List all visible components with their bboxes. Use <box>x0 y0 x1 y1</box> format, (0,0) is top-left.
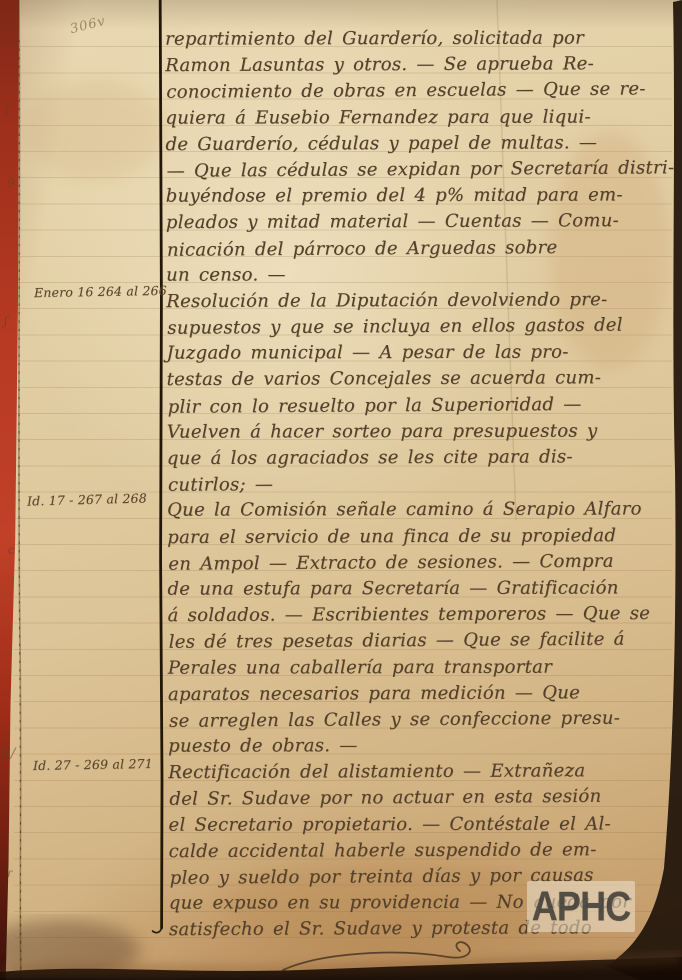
manuscript-line: en Ampol — Extracto de sesiones. — Compr… <box>168 548 680 578</box>
manuscript-line: Que la Comisión señale camino á Serapio … <box>167 497 679 525</box>
manuscript-line: Perales una caballería para transportar <box>168 654 680 682</box>
manuscript-line: del Sr. Sudave por no actuar en esta ses… <box>169 784 681 814</box>
edge-mark: ɾ <box>7 866 12 880</box>
manuscript-line: conocimiento de obras en escuelas — Que … <box>166 77 678 107</box>
manuscript-line: supuestos y que se incluya en ellos gast… <box>167 312 679 342</box>
manuscript-line: cutirlos; — <box>168 469 680 499</box>
edge-mark: ʃ <box>4 314 7 328</box>
manuscript-line: calde accidental haberle suspendido de e… <box>169 837 681 865</box>
manuscript-line: á soldados. — Escribientes temporeros — … <box>168 601 680 629</box>
edge-mark: 9 <box>7 176 15 190</box>
manuscript-line: Juzgado municipal — A pesar de las pro- <box>166 340 678 368</box>
manuscript-text-block: repartimiento del Guarderío, solicitada … <box>165 25 681 944</box>
manuscript-line: Ramon Lasuntas y otros. — Se aprueba Re- <box>165 51 677 79</box>
edge-mark: S/ <box>1 746 15 762</box>
manuscript-line: — Que las cédulas se expidan por Secreta… <box>167 155 679 185</box>
manuscript-line: aparatos necesarios para medición — Que <box>168 680 680 708</box>
manuscript-line: repartimiento del Guarderío, solicitada … <box>165 25 677 53</box>
manuscript-line: pleados y mitad material — Cuentas — Com… <box>166 208 678 236</box>
manuscript-line: Resolución de la Diputación devolviendo … <box>166 287 678 315</box>
manuscript-line: que á los agraciados se les cite para di… <box>167 444 679 472</box>
edge-mark: c <box>8 543 15 557</box>
edge-mark: ʃ <box>6 102 9 116</box>
manuscript-line: un censo. — <box>166 261 678 289</box>
aphc-watermark: APHC <box>527 881 635 932</box>
manuscript-line: de Guarderío, cédulas y papel de multas.… <box>165 130 677 158</box>
manuscript-line: Rectificación del alistamiento — Extrañe… <box>168 758 680 786</box>
manuscript-line: Vuelven á hacer sorteo para presupuestos… <box>167 418 679 446</box>
margin-note-entry-3: Id. 27 - 269 al 271 <box>33 756 153 773</box>
manuscript-line: quiera á Eusebio Fernandez para que liqu… <box>165 104 677 132</box>
margin-note-entry-2: Id. 17 - 267 al 268 <box>27 490 147 508</box>
manuscript-line: plir con lo resuelto por la Superioridad… <box>168 391 680 421</box>
margin-note-entry-1: Enero 16 264 al 266 <box>34 283 167 300</box>
manuscript-line: puesto de obras. — <box>168 732 680 760</box>
aphc-watermark-text: APHC <box>532 883 631 931</box>
manuscript-line: testas de varios Concejales se acuerda c… <box>166 365 678 393</box>
manuscript-line: nicación del párroco de Arguedas sobre <box>167 234 679 264</box>
bottom-edge-shadow <box>0 957 682 980</box>
manuscript-line: les dé tres pesetas diarias — Que se fac… <box>169 627 681 657</box>
manuscript-line: el Secretario propietario. — Contéstale … <box>168 811 680 839</box>
manuscript-line: de una estufa para Secretaría — Gratific… <box>167 575 679 603</box>
manuscript-line: buyéndose el premio del 4 p% mitad para … <box>166 182 678 210</box>
manuscript-line: para el servicio de una finca de su prop… <box>167 522 679 550</box>
manuscript-line: se arreglen las Calles y se confeccione … <box>169 705 681 735</box>
manuscript-page: 306v Enero 16 264 al 266 Id. 17 - 267 al… <box>0 0 682 980</box>
